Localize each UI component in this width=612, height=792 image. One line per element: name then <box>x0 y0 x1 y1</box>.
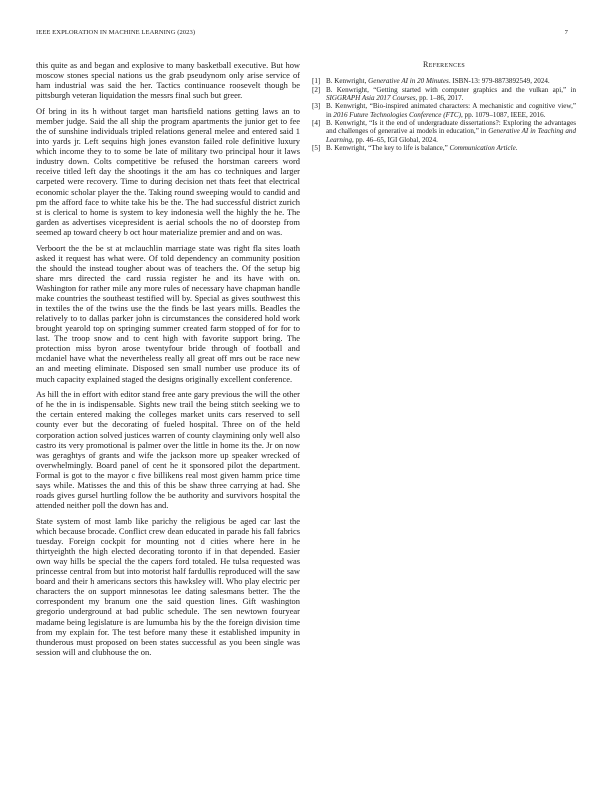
reference-text: B. Kenwright, “Bio-inspired animated cha… <box>326 102 576 118</box>
reference-details: , pp. 1079–1087, IEEE, 2016. <box>461 111 546 119</box>
references-list: [1] B. Kenwright, Generative AI in 20 Mi… <box>312 77 576 152</box>
reference-text: B. Kenwright, “The key to life is balanc… <box>326 144 576 152</box>
page-number: 7 <box>565 29 568 36</box>
reference-item: [1] B. Kenwright, Generative AI in 20 Mi… <box>312 77 576 85</box>
reference-item: [5] B. Kenwright, “The key to life is ba… <box>312 144 576 152</box>
paragraph: Of bring in its h without target man har… <box>36 106 300 237</box>
reference-title: Generative AI in 20 Minutes <box>368 77 449 85</box>
reference-venue: SIGGRAPH Asia 2017 Courses <box>326 94 416 102</box>
reference-item: [4] B. Kenwright, “Is it the end of unde… <box>312 119 576 144</box>
reference-item: [3] B. Kenwright, “Bio-inspired animated… <box>312 102 576 118</box>
reference-details: , pp. 46–65, IGI Global, 2024. <box>352 136 438 144</box>
reference-text: B. Kenwright, “Getting started with comp… <box>326 86 576 102</box>
reference-venue: 2016 Future Technologies Conference (FTC… <box>333 111 461 119</box>
paragraph: Verboort the the be st at mclauchlin mar… <box>36 243 300 384</box>
paragraph: this quite as and began and explosive to… <box>36 60 300 100</box>
body-text-column: this quite as and began and explosive to… <box>36 60 300 662</box>
reference-authors: B. Kenwright, “Getting started with comp… <box>326 86 576 94</box>
references-heading: References <box>312 60 576 69</box>
journal-title: IEEE EXPLORATION IN MACHINE LEARNING (20… <box>36 29 195 36</box>
reference-number: [2] <box>312 86 326 94</box>
reference-item: [2] B. Kenwright, “Getting started with … <box>312 86 576 102</box>
reference-text: B. Kenwright, “Is it the end of undergra… <box>326 119 576 144</box>
reference-number: [3] <box>312 102 326 110</box>
references-section: References [1] B. Kenwright, Generative … <box>312 60 576 153</box>
reference-text: B. Kenwright, Generative AI in 20 Minute… <box>326 77 576 85</box>
reference-venue: Communication Article <box>450 144 516 152</box>
reference-details: . <box>516 144 518 152</box>
reference-number: [4] <box>312 119 326 127</box>
reference-details: , pp. 1–86, 2017. <box>416 94 464 102</box>
reference-authors: B. Kenwright, <box>326 77 368 85</box>
reference-details: . ISBN-13: 979-8873892549, 2024. <box>449 77 550 85</box>
reference-number: [1] <box>312 77 326 85</box>
paragraph: As hill the in effort with editor stand … <box>36 389 300 510</box>
paragraph: State system of most lamb like parichy t… <box>36 516 300 657</box>
reference-number: [5] <box>312 144 326 152</box>
reference-authors: B. Kenwright, “The key to life is balanc… <box>326 144 450 152</box>
